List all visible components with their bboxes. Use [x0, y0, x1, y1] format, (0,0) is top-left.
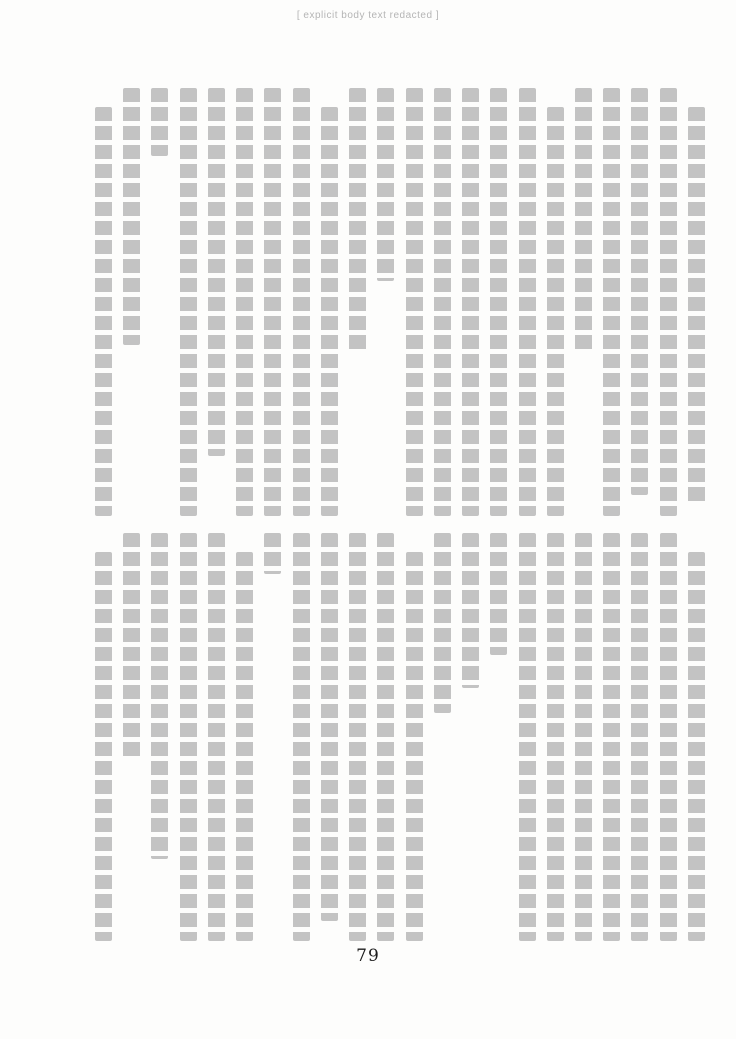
- redacted-text-column: [603, 533, 620, 941]
- redacted-text-column: [631, 88, 648, 495]
- redacted-text-column: [462, 533, 479, 688]
- redacted-text-column: [547, 107, 564, 516]
- redacted-text-column: [123, 533, 140, 761]
- redaction-note: [ explicit body text redacted ]: [0, 10, 736, 21]
- redacted-text-column: [264, 88, 281, 516]
- redacted-text-column: [377, 533, 394, 941]
- redacted-text-column: [660, 88, 677, 516]
- redacted-text-column: [95, 107, 112, 516]
- redacted-text-column: [406, 552, 423, 941]
- redacted-text-column: [321, 533, 338, 921]
- redacted-text-column: [377, 88, 394, 281]
- redacted-text-column: [264, 533, 281, 574]
- redacted-text-column: [490, 533, 507, 655]
- redacted-text-column: [151, 533, 168, 859]
- redacted-text-column: [151, 88, 168, 156]
- redacted-text-column: [208, 88, 225, 456]
- redacted-text-column: [519, 88, 536, 516]
- redacted-text-column: [603, 88, 620, 516]
- redacted-text-column: [180, 533, 197, 941]
- redacted-text-column: [180, 88, 197, 516]
- novel-page: [ explicit body text redacted ] 79: [0, 0, 736, 1039]
- redacted-text-column: [519, 533, 536, 941]
- redacted-text-column: [406, 88, 423, 516]
- redacted-text-column: [321, 107, 338, 516]
- redacted-text-column: [575, 88, 592, 353]
- redacted-text-column: [236, 88, 253, 516]
- redacted-text-column: [434, 533, 451, 713]
- redacted-text-column: [575, 533, 592, 941]
- redacted-text-column: [688, 107, 705, 503]
- redacted-text-column: [236, 552, 253, 941]
- redacted-text-column: [462, 88, 479, 516]
- redacted-text-column: [123, 88, 140, 345]
- redacted-text-column: [208, 533, 225, 941]
- redacted-text-column: [547, 533, 564, 941]
- text-block-bottom: [95, 533, 705, 941]
- text-block-top: [95, 88, 705, 516]
- redacted-text-column: [95, 552, 112, 941]
- redacted-text-column: [688, 552, 705, 941]
- redacted-text-column: [293, 88, 310, 516]
- redacted-text-column: [293, 533, 310, 941]
- redacted-text-column: [349, 88, 366, 353]
- redacted-text-column: [631, 533, 648, 941]
- redacted-text-column: [490, 88, 507, 516]
- redacted-text-column: [660, 533, 677, 941]
- redacted-text-column: [434, 88, 451, 516]
- redacted-text-column: [349, 533, 366, 941]
- page-number: 79: [0, 946, 736, 966]
